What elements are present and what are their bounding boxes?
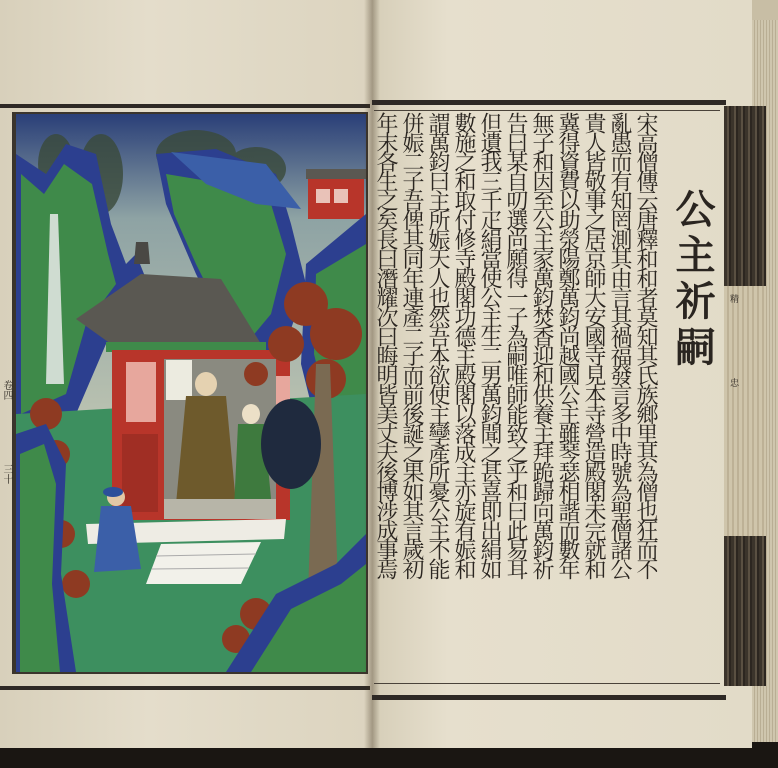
text-column-10: 併娠二子吾俾其同年連產二子而前後誕之果如其言歲初 <box>397 112 425 680</box>
page-edge-stack: 精 忠 <box>724 96 766 696</box>
text-column-5: 無子和因至公主家萬鈞焚香迎和供養主拜跪歸向萬鈞祈 <box>527 112 555 680</box>
illustration-scene <box>16 114 366 672</box>
margin-label-page: 三十 <box>0 464 12 484</box>
hall-floor <box>164 499 276 519</box>
text-column-9: 謂萬鈞曰主所娠天人也然吾本欲使主孿產所憂公主不能 <box>423 112 451 680</box>
text-column-6: 告曰某自叨選尚願得一子為嗣唯師能致之乎和曰此易耳 <box>501 112 529 680</box>
roof-finial <box>134 242 150 264</box>
text-column-1: 宋高僧傳云唐釋和和者莫知其氏族鄉里其為僧也狂而不 <box>631 112 659 680</box>
supplicant-cap <box>103 487 123 497</box>
illustration <box>14 112 368 674</box>
text-column-2: 亂愚而有知罔測其由言其禍福發言多中時號為聖僧諸公 <box>605 112 633 680</box>
chapter-title: 公主祈嗣 <box>668 188 716 372</box>
bg-temple-roof <box>306 169 366 179</box>
text-column-3: 貴人皆敬事之居京師大安國寺見本寺營造殿閣未完就和 <box>579 112 607 680</box>
lattice-window-left <box>126 362 156 422</box>
left-margin-strip: 卷四 三十 <box>0 112 14 674</box>
edge-label-1: 精 <box>730 292 738 305</box>
margin-label-volume: 卷四 <box>0 380 12 400</box>
text-column-4: 冀得資費以助滎陽鄭萬鈞尚越國公主雖琴瑟相諧而數年 <box>553 112 581 680</box>
edge-label-2: 忠 <box>730 376 738 389</box>
temple-door <box>122 434 158 512</box>
dark-foliage <box>261 399 321 489</box>
text-column-11: 年末各生之矣長曰潛耀次曰晦明皆美丈夫後博涉成事焉 <box>371 112 399 680</box>
text-column-7: 但遺我三千疋絹當使公主生二男萬鈞聞之甚喜即出絹如 <box>475 112 503 680</box>
edge-light-band <box>724 286 766 536</box>
edge-dark-band-top <box>724 106 766 286</box>
edge-dark-band-bottom <box>724 536 766 686</box>
elder-monk-head <box>195 372 217 396</box>
stone-steps <box>146 542 261 584</box>
text-column-8: 數施之和取付修寺殿閣功德主殿閣以落成主亦旋有娠和 <box>449 112 477 680</box>
elder-monk-robe <box>176 396 236 504</box>
novice-head <box>242 404 260 424</box>
